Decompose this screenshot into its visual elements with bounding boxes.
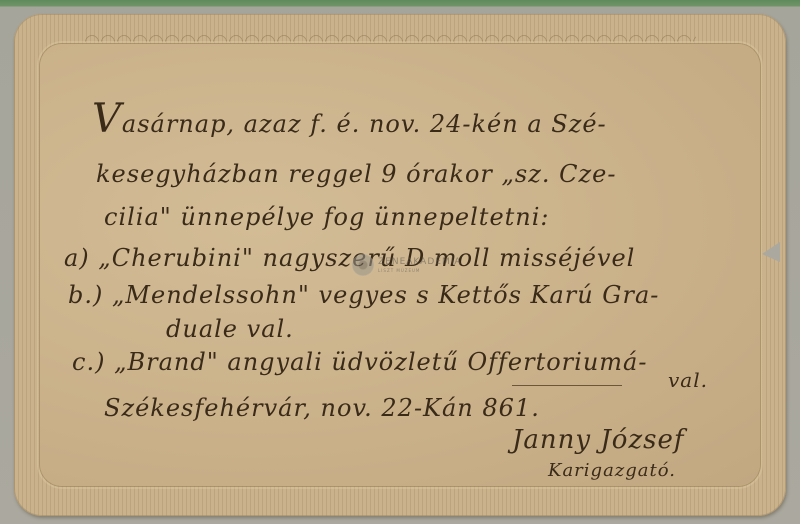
signature-name: Janny József <box>512 425 685 455</box>
watermark-title: ZENEAKADÉMIA <box>378 258 462 267</box>
seal-icon <box>352 254 374 276</box>
watermark-subtitle: LISZT MÚZEUM <box>378 269 462 273</box>
line-9-place-date: Székesfehérvár, nov. 22-Kán 861. <box>104 394 540 422</box>
line-1: Vasárnap, azaz f. é. nov. 24-kén a Szé- <box>92 96 607 142</box>
line-5-item-b: b.) „Mendelssohn" vegyes s Kettős Karú G… <box>68 281 659 309</box>
signature-title: Karigazgató. <box>548 460 676 481</box>
line-2: kesegyházban reggel 9 órakor „sz. Cze- <box>96 160 616 188</box>
line-1-text: asárnap, azaz f. é. nov. 24-kén a Szé- <box>122 110 607 138</box>
scalloped-edge <box>84 32 696 42</box>
underline-stroke <box>512 385 622 386</box>
museum-watermark: ZENEAKADÉMIA LISZT MÚZEUM <box>352 250 462 280</box>
line-4-item-a: a) „Cherubini" nagyszerű D moll misséjév… <box>64 244 635 272</box>
line-3: cilia" ünnepélye fog ünnepeltetni: <box>104 203 550 231</box>
line-7-item-c: c.) „Brand" angyali üdvözletű Offertoriu… <box>72 348 647 376</box>
initial-capital: V <box>92 96 122 142</box>
line-8: val. <box>668 368 708 392</box>
line-6: duale val. <box>166 315 294 343</box>
